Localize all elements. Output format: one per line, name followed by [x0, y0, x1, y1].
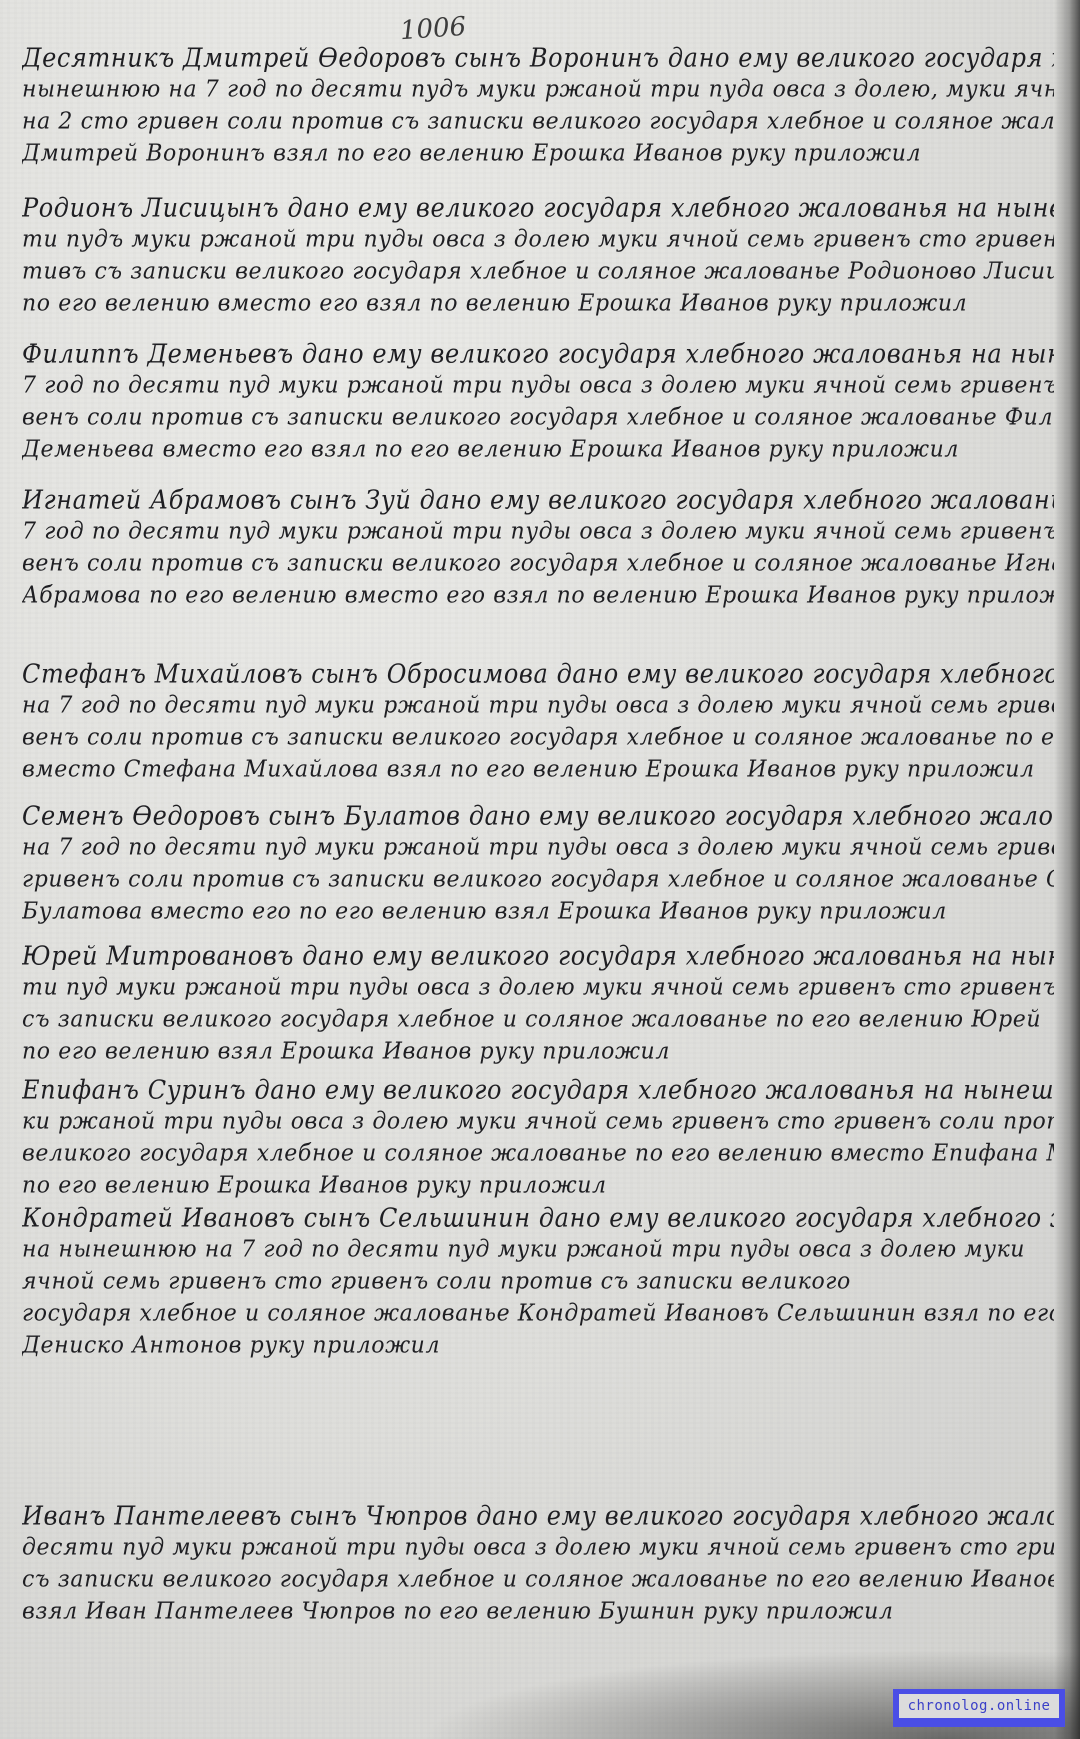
- entry-text-line: ти пуд муки ржаной три пуды овса з долею…: [22, 971, 1054, 1006]
- entry-text-line: тивъ съ записки великого государя хлебно…: [22, 255, 1054, 290]
- entry-text-line: по его велению вместо его взял по велени…: [22, 287, 1054, 322]
- entry-text-line: съ записки великого государя хлебное и с…: [22, 1003, 1054, 1038]
- entry-text-line: на нынешнюю на 7 год по десяти пуд муки …: [22, 1233, 1054, 1268]
- entry-heading-line: Филиппъ Деменьевъ дано ему великого госу…: [22, 337, 1054, 372]
- entry-heading-line: Семенъ Өедоровъ сынъ Булатов дано ему ве…: [22, 799, 1054, 834]
- entry-text-line: Булатова вместо его по его велению взял …: [22, 895, 1054, 930]
- register-entry: Стефанъ Михайловъ сынъ Обросимова дано е…: [22, 658, 1054, 786]
- entry-text-line: вместо Стефана Михайлова взял по его вел…: [22, 753, 1054, 788]
- entry-text-line: Деменьева вместо его взял по его велению…: [22, 433, 1054, 468]
- entry-heading-line: Десятникъ Дмитрей Өедоровъ сынъ Воронинъ…: [22, 41, 1054, 76]
- entry-text-line: ячной семь гривенъ сто гривенъ соли прот…: [22, 1265, 1054, 1300]
- register-entry: Родионъ Лисицынъ дано ему великого госуд…: [22, 192, 1054, 320]
- entry-text-line: на 7 год по десяти пуд муки ржаной три п…: [22, 831, 1054, 866]
- entry-text-line: венъ соли против съ записки великого гос…: [22, 721, 1054, 756]
- entry-text-line: на 7 год по десяти пуд муки ржаной три п…: [22, 689, 1054, 724]
- entry-text-line: 7 год по десяти пуд муки ржаной три пуды…: [22, 515, 1054, 550]
- entry-text-line: венъ соли против съ записки великого гос…: [22, 547, 1054, 582]
- entry-text-line: по его велению Ерошка Иванов руку прилож…: [22, 1169, 1054, 1204]
- watermark-badge: chronolog.online: [893, 1689, 1065, 1727]
- entry-text-line: венъ соли против съ записки великого гос…: [22, 401, 1054, 436]
- manuscript-page: 1006 Десятникъ Дмитрей Өедоровъ сынъ Вор…: [0, 0, 1080, 1739]
- entry-text-line: съ записки великого государя хлебное и с…: [22, 1563, 1054, 1598]
- entry-text-line: Абрамова по его велению вместо его взял …: [22, 579, 1054, 614]
- register-entry: Семенъ Өедоровъ сынъ Булатов дано ему ве…: [22, 800, 1054, 928]
- entry-text-line: ки ржаной три пуды овса з долею муки ячн…: [22, 1105, 1054, 1140]
- entry-text-line: по его велению взял Ерошка Иванов руку п…: [22, 1035, 1054, 1070]
- register-entry: Филиппъ Деменьевъ дано ему великого госу…: [22, 338, 1054, 466]
- entry-text-line: 7 год по десяти пуд муки ржаной три пуды…: [22, 369, 1054, 404]
- watermark-text: chronolog.online: [899, 1694, 1059, 1718]
- register-entry: Иванъ Пантелеевъ сынъ Чюпров дано ему ве…: [22, 1500, 1054, 1628]
- entry-text-line: на 2 сто гривен соли против съ записки в…: [22, 105, 1054, 140]
- entry-heading-line: Стефанъ Михайловъ сынъ Обросимова дано е…: [22, 657, 1054, 692]
- register-entry: Епифанъ Суринъ дано ему великого государ…: [22, 1074, 1054, 1202]
- entry-text-line: гривенъ соли против съ записки великого …: [22, 863, 1054, 898]
- entry-heading-line: Иванъ Пантелеевъ сынъ Чюпров дано ему ве…: [22, 1499, 1054, 1534]
- page-edge-shadow: [1054, 0, 1080, 1739]
- entry-text-line: взял Иван Пантелеев Чюпров по его велени…: [22, 1595, 1054, 1630]
- entry-text-line: великого государя хлебное и соляное жало…: [22, 1137, 1054, 1172]
- entry-heading-line: Епифанъ Суринъ дано ему великого государ…: [22, 1073, 1054, 1108]
- entry-heading-line: Кондратей Ивановъ сынъ Сельшинин дано ем…: [22, 1201, 1054, 1236]
- entry-heading-line: Родионъ Лисицынъ дано ему великого госуд…: [22, 191, 1054, 226]
- entry-text-line: государя хлебное и соляное жалованье Кон…: [22, 1297, 1054, 1332]
- entry-text-line: нынешнюю на 7 год по десяти пудъ муки рж…: [22, 73, 1054, 108]
- register-entry: Десятникъ Дмитрей Өедоровъ сынъ Воронинъ…: [22, 42, 1054, 170]
- entry-text-line: ти пудъ муки ржаной три пуды овса з доле…: [22, 223, 1054, 258]
- entry-heading-line: Юрей Митровановъ дано ему великого госуд…: [22, 939, 1054, 974]
- entry-text-line: десяти пуд муки ржаной три пуды овса з д…: [22, 1531, 1054, 1566]
- entry-heading-line: Игнатей Абрамовъ сынъ Зуй дано ему велик…: [22, 483, 1054, 518]
- register-entry: Игнатей Абрамовъ сынъ Зуй дано ему велик…: [22, 484, 1054, 612]
- register-entry: Кондратей Ивановъ сынъ Сельшинин дано ем…: [22, 1202, 1054, 1362]
- entry-text-line: Дениско Антонов руку приложил: [22, 1329, 1054, 1364]
- register-entry: Юрей Митровановъ дано ему великого госуд…: [22, 940, 1054, 1068]
- entry-text-line: Дмитрей Воронинъ взял по его велению Еро…: [22, 137, 1054, 172]
